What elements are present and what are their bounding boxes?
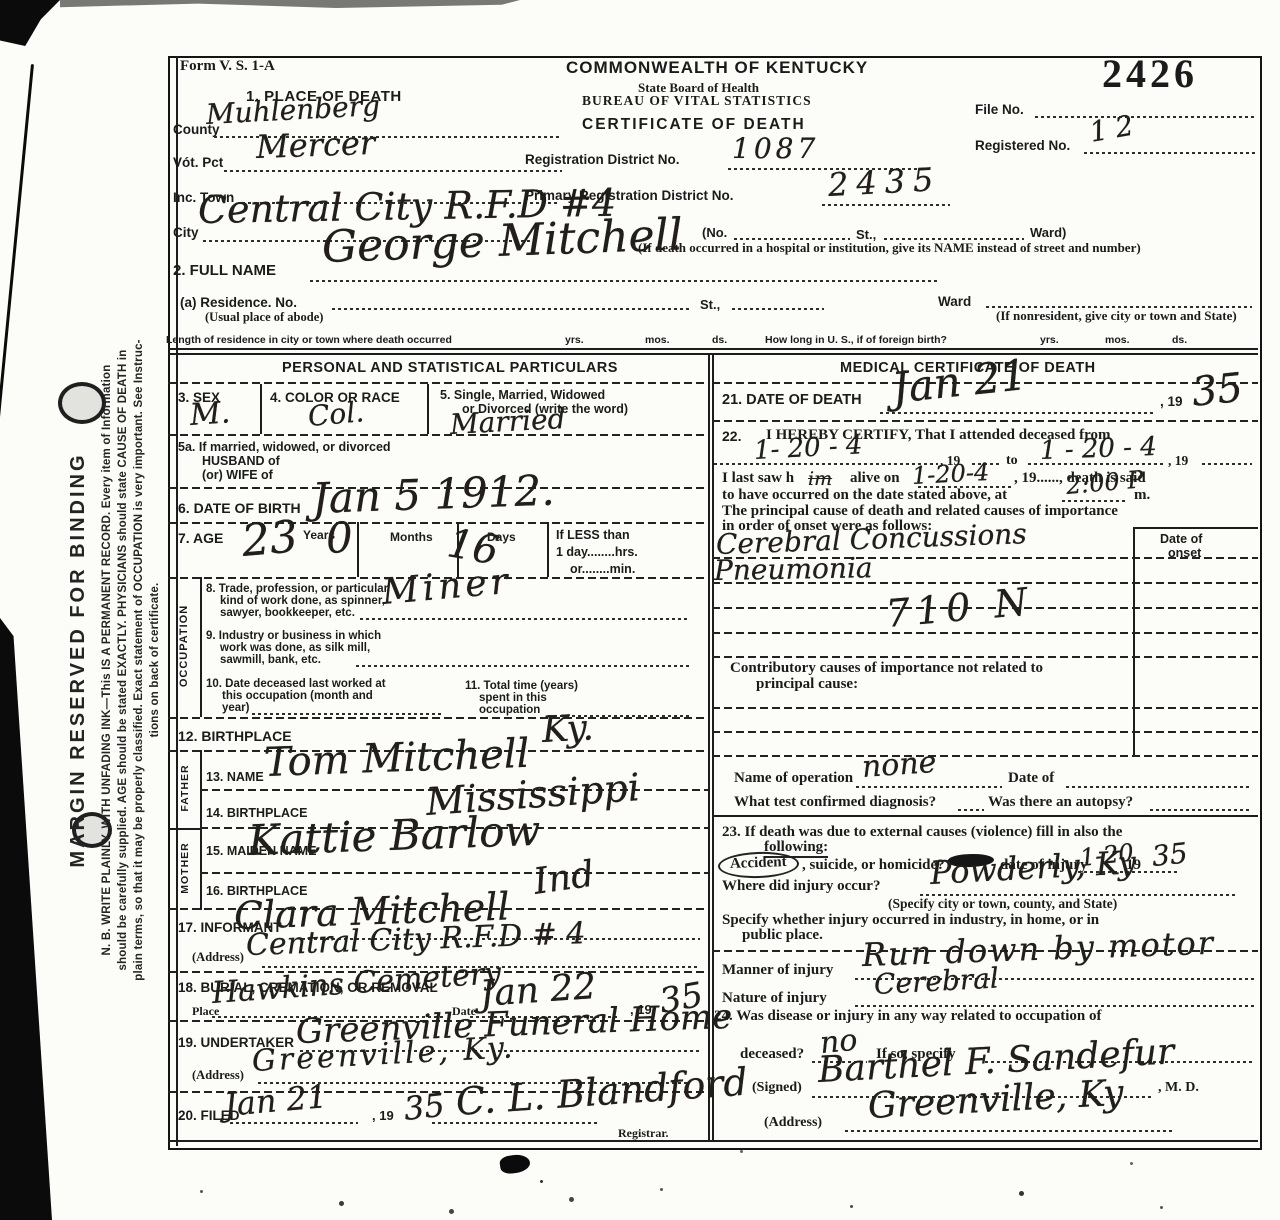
totaltime-label3: occupation (479, 704, 540, 716)
city-label: City (173, 225, 199, 240)
onset-box-border (1133, 527, 1135, 755)
where-injury-label: Where did injury occur? (722, 878, 880, 895)
industry-label: 9. Industry or business in which (206, 630, 381, 642)
trade-label2: kind of work done, as spinner, (220, 595, 385, 607)
parent-strip-border (200, 750, 202, 910)
to-19-line (1202, 463, 1252, 465)
rule (712, 420, 1258, 422)
scan-smudge-bottom (499, 1153, 531, 1175)
accident-circled: Accident (718, 852, 799, 878)
injury-year-value: 35 (1150, 836, 1189, 873)
occupation-side-label: OCCUPATION (178, 584, 190, 708)
trade-label3: sawyer, bookkeeper, etc. (220, 607, 355, 619)
rule (168, 434, 708, 436)
mos-label: mos. (1105, 334, 1130, 346)
age-less-label2: 1 day........hrs. (556, 545, 638, 559)
margin-note-line: tions on back of certificate. (147, 130, 163, 1190)
contributory-text: Contributory causes of importance not re… (730, 660, 1043, 677)
q24-deceased-label: deceased? (740, 1046, 804, 1063)
dod-year-value: 35 (1190, 365, 1245, 416)
spouse-label2: HUSBAND of (202, 454, 280, 468)
onset-label: Date of (1160, 532, 1202, 546)
father-name-label: 13. NAME (206, 770, 264, 784)
undertaker-address-label: (Address) (192, 1068, 244, 1083)
test-label: What test confirmed diagnosis? (734, 794, 936, 811)
lastworked-line (252, 713, 442, 715)
test-line (958, 809, 984, 811)
manner-label: Manner of injury (722, 962, 833, 979)
occupation-strip-border (200, 577, 202, 717)
rule (712, 815, 1258, 817)
filed-date-line (230, 1122, 358, 1124)
scan-artifact-left-line (0, 64, 34, 647)
physician-address-line (845, 1130, 1175, 1132)
yrs-label: yrs. (565, 334, 584, 346)
occurred-text: to have occurred on the date stated abov… (722, 487, 1007, 504)
personal-section-title: PERSONAL AND STATISTICAL PARTICULARS (282, 360, 618, 376)
residence-label: (a) Residence. No. (180, 295, 297, 310)
father-side-label: FATHER (179, 756, 191, 820)
certificate-number-stamp: 2426 (1102, 50, 1198, 97)
operation-line (856, 786, 1002, 788)
trade-label: 8. Trade, profession, or particular (206, 583, 388, 595)
file-no-line (1035, 116, 1257, 118)
industry-line (356, 665, 692, 667)
age-less-label: If LESS than (556, 528, 630, 542)
age-months-head: Months (390, 530, 433, 544)
to-word: to (1006, 453, 1018, 469)
race-value: Col. (307, 395, 366, 433)
meridian-label: m. (1134, 487, 1150, 504)
q24-text: 24. Was disease or injury in any way rel… (714, 1008, 1102, 1025)
cause-line (712, 656, 1258, 658)
contributory-text2: principal cause: (756, 676, 858, 693)
signed-label: (Signed) (752, 1080, 802, 1096)
parent-strip-split (168, 828, 200, 830)
margin-note-line: plain terms, so that it may be properly … (131, 130, 147, 1190)
attended-to-value: 1 - 20 - 4 (1039, 432, 1157, 466)
lastworked-label: 10. Date deceased last worked at (206, 678, 386, 690)
mother-birthplace-value: Ind (531, 854, 597, 903)
nature-value: Cerebral (873, 961, 999, 1000)
form-number: Form V. S. 1-A (180, 58, 275, 75)
margin-note-line: N. B. WRITE PLAINLY, WITH UNFADING INK—T… (99, 130, 115, 1190)
lastworked-label3: year) (222, 702, 250, 714)
md-label: , M. D. (1158, 1080, 1199, 1096)
precinct-line (224, 170, 562, 172)
ward-label: Ward) (1030, 225, 1066, 240)
street-no-label: (No. (702, 225, 727, 240)
operation-date-label: Date of (1008, 770, 1054, 787)
ds-label: ds. (712, 334, 727, 346)
registration-district-value: 1087 (732, 132, 819, 165)
residence-ward-label: Ward (938, 294, 971, 309)
hospital-note: (If death occurred in a hospital or inst… (638, 240, 1141, 256)
accident-word: Accident (718, 851, 800, 880)
full-name-line (310, 280, 938, 282)
accident-rest-text: , suicide, or homicide? (802, 857, 945, 874)
registration-district-label: Registration District No. (525, 152, 680, 167)
mos-label: mos. (645, 334, 670, 346)
yrs-label: yrs. (1040, 334, 1059, 346)
scan-noise (540, 1180, 543, 1183)
operation-value: none (861, 745, 938, 785)
mother-name-value: Kattie Barlow (247, 806, 541, 865)
lastsaw-text2: alive on (850, 470, 900, 487)
cell-border (260, 384, 262, 434)
registered-no-label: Registered No. (975, 138, 1070, 153)
nature-line (855, 1005, 1255, 1007)
header-bureau: BUREAU OF VITAL STATISTICS (582, 93, 812, 109)
date-of-death-line (880, 412, 1156, 414)
operation-date-line (1066, 786, 1252, 788)
primary-district-value: 2435 (827, 160, 942, 204)
rule (200, 872, 708, 874)
binding-margin-text: MARGIN RESERVED FOR BINDING N. B. WRITE … (55, 130, 175, 1190)
death-certificate-scan: MARGIN RESERVED FOR BINDING N. B. WRITE … (0, 0, 1280, 1220)
certify-number: 22. (722, 428, 741, 444)
specify-text2: public place. (742, 927, 823, 944)
rule (712, 731, 1258, 733)
sex-value: M. (189, 395, 232, 433)
file-no-label: File No. (975, 102, 1024, 117)
nature-label: Nature of injury (722, 990, 827, 1007)
where-note: (Specify city or town, county, and State… (888, 896, 1117, 912)
age-years-value: 23 (240, 511, 300, 567)
cell-border (427, 384, 429, 434)
lastsaw-date-value: 1-20-4 (911, 458, 990, 490)
trade-line (360, 618, 690, 620)
attended-from-value: 1- 20 - 4 (753, 430, 863, 466)
ds-label: ds. (1172, 334, 1187, 346)
onset-box-top (1133, 527, 1258, 529)
rule (712, 707, 1258, 709)
marital-label: 5. Single, Married, Widowed (440, 388, 605, 402)
primary-district-line (822, 204, 950, 206)
residence-no-line (332, 308, 690, 310)
registered-no-line (1084, 152, 1256, 154)
rule (712, 755, 1258, 757)
cell-border (547, 522, 549, 577)
scan-artifact-top-left (0, 0, 60, 46)
residence-st-label: St., (700, 297, 720, 312)
totaltime-label2: spent in this (479, 692, 547, 704)
filed-year-printed: , 19 (372, 1108, 394, 1123)
full-name-label: 2. FULL NAME (173, 262, 276, 279)
cell-border (357, 522, 359, 577)
abode-note: (Usual place of abode) (205, 310, 323, 325)
age-less-label3: or........min. (570, 562, 635, 576)
physician-address-label: (Address) (764, 1115, 822, 1131)
margin-note-line: should be carefully supplied. AGE should… (115, 130, 131, 1190)
rule (168, 717, 708, 719)
registrar-label: Registrar. (618, 1126, 669, 1141)
to-19-printed: , 19 (1168, 453, 1188, 469)
operation-label: Name of operation (734, 770, 853, 787)
industry-label2: work was done, as silk mill, (220, 642, 370, 654)
precinct-label: Vót. Pct (173, 155, 223, 170)
double-rule (168, 348, 1258, 350)
length-residence-label: Length of residence in city or town wher… (166, 334, 452, 346)
header-commonwealth: COMMONWEALTH OF KENTUCKY (566, 58, 868, 78)
mother-side-label: MOTHER (179, 836, 191, 900)
scan-artifact-top-band (60, 0, 520, 8)
margin-title: MARGIN RESERVED FOR BINDING (67, 130, 90, 1190)
birthplace-value: Ky. (541, 707, 595, 751)
nonresident-note: (If nonresident, give city or town and S… (996, 308, 1237, 324)
lastworked-label2: this occupation (month and (222, 690, 373, 702)
autopsy-line (1150, 809, 1250, 811)
scan-artifact-bottom-wedge (0, 618, 52, 1220)
totaltime-label: 11. Total time (years) (465, 680, 578, 692)
dod-year-printed: , 19 (1160, 394, 1183, 409)
spouse-label: 5a. If married, widowed, or divorced (178, 440, 391, 454)
age-label: 7. AGE (178, 530, 223, 546)
autopsy-label: Was there an autopsy? (988, 794, 1133, 811)
informant-address-label: (Address) (192, 950, 244, 965)
howlong-us-label: How long in U. S., if of foreign birth? (765, 334, 947, 346)
primary-district-label: Primary Registration District No. (525, 188, 734, 203)
age-months-value: 0 (325, 513, 354, 563)
time-line (1062, 500, 1128, 502)
cause-line (712, 632, 1258, 634)
lastsaw-text: I last saw h (722, 470, 794, 487)
date-of-death-label: 21. DATE OF DEATH (722, 392, 862, 408)
residence-st-line (732, 308, 824, 310)
rule (168, 382, 708, 384)
spouse-label3: (or) WIFE of (202, 468, 273, 482)
precinct-value: Mercer (255, 124, 375, 166)
attended-from-line (714, 463, 938, 465)
cause-line (712, 607, 1258, 609)
industry-label3: sawmill, bank, etc. (220, 654, 321, 666)
